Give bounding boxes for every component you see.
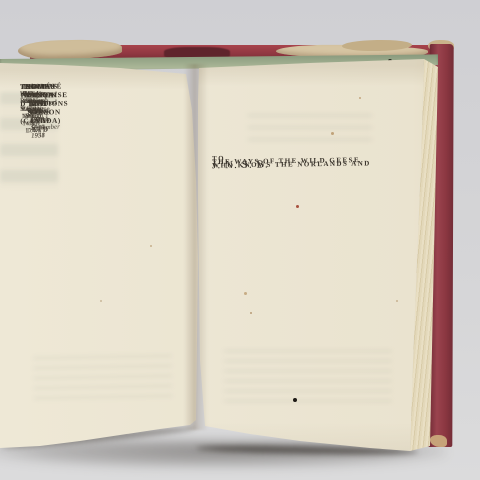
foxing-spot bbox=[250, 312, 252, 314]
foxing-spot bbox=[359, 97, 361, 99]
foxing-spot bbox=[150, 245, 152, 247]
show-through-ghost-left-lines bbox=[34, 355, 173, 401]
foxing-spot bbox=[331, 132, 334, 135]
ink-speck bbox=[293, 398, 297, 402]
show-through-ghost-right-top bbox=[248, 114, 372, 146]
worn-cover-corner bbox=[430, 435, 447, 447]
red-speck bbox=[296, 205, 299, 208]
photo-of-open-book: THOMAS NELSON AND SONS LTD Parkside Work… bbox=[0, 0, 480, 480]
foxing-spot bbox=[244, 292, 247, 295]
gutter-shadow bbox=[184, 64, 208, 430]
show-through-ghost-right-lines bbox=[224, 350, 392, 402]
edition-history-line: Reprinted 1945, 1946, 1948, 1949, 1951 bbox=[29, 91, 58, 140]
foxing-spot bbox=[396, 300, 398, 302]
foxing-spot bbox=[100, 300, 102, 302]
